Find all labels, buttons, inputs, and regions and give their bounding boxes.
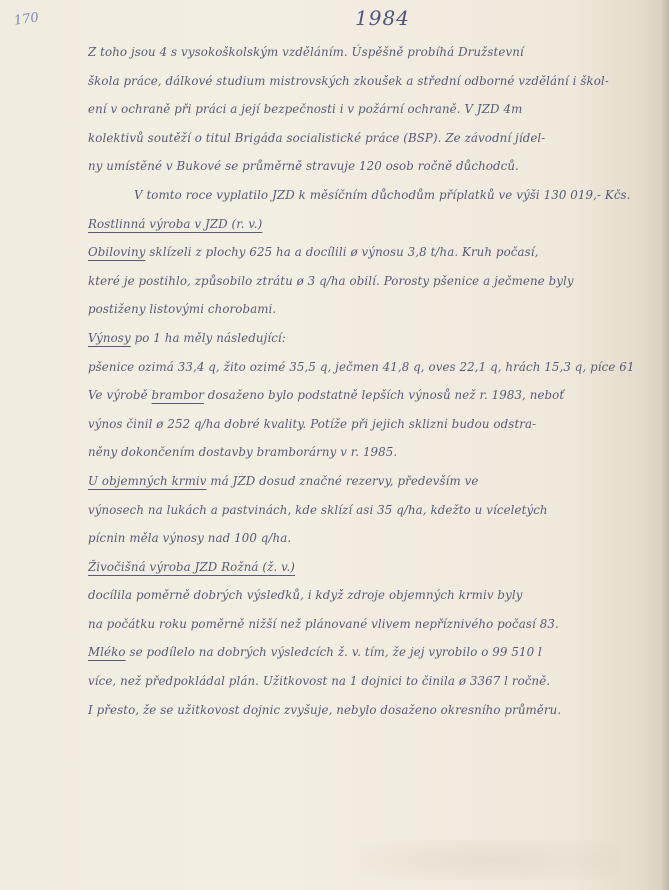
text-line: které je postihlo, způsobilo ztrátu ø 3 … <box>88 267 656 296</box>
text-line: docílila poměrně dobrých výsledků, i kdy… <box>88 581 656 610</box>
text-line: výnosech na lukách a pastvinách, kde skl… <box>88 496 656 525</box>
underlined-term: Výnosy <box>88 331 131 345</box>
line-text: více, než předpokládal plán. Užitkovost … <box>88 674 550 688</box>
line-text: výnosech na lukách a pastvinách, kde skl… <box>88 503 548 517</box>
line-text: má JZD dosud značné rezervy, především v… <box>207 474 479 488</box>
underlined-term: Obiloviny <box>88 245 145 259</box>
line-text: sklízeli z plochy 625 ha a docílili ø vý… <box>145 245 538 259</box>
text-line: něny dokončením dostavby bramborárny v r… <box>88 438 656 467</box>
text-line: I přesto, že se užitkovost dojnic zvyšuj… <box>88 696 656 725</box>
underlined-term: Mléko <box>88 645 126 659</box>
text-line: výnos činil ø 252 q/ha dobré kvality. Po… <box>88 410 656 439</box>
section-heading-text: Živočišná výroba JZD Rožná (ž. v.) <box>88 560 295 574</box>
text-line: kolektivů soutěží o titul Brigáda social… <box>88 124 656 153</box>
underlined-term: brambor <box>152 388 204 402</box>
line-text: I přesto, že se užitkovost dojnic zvyšuj… <box>88 703 561 717</box>
text-line: pšenice ozimá 33,4 q, žito ozimé 35,5 q,… <box>88 353 656 382</box>
underlined-term: U objemných krmiv <box>88 474 207 488</box>
line-text: postiženy listovými chorobami. <box>88 302 276 316</box>
text-line: Z toho jsou 4 s vysokoškolským vzděláním… <box>88 38 656 67</box>
text-line: pícnin měla výnosy nad 100 q/ha. <box>88 524 656 553</box>
document-page: 170 1984 Z toho jsou 4 s vysokoškolským … <box>0 0 669 890</box>
text-line: škola práce, dálkové studium mistrovskýc… <box>88 67 656 96</box>
paper-stain <box>360 840 620 880</box>
text-line: na počátku roku poměrně nižší než plánov… <box>88 610 656 639</box>
text-line: U objemných krmiv má JZD dosud značné re… <box>88 467 656 496</box>
section-heading-animal: Živočišná výroba JZD Rožná (ž. v.) <box>88 553 656 582</box>
text-line: Obiloviny sklízeli z plochy 625 ha a doc… <box>88 238 656 267</box>
text-line: Mléko se podílelo na dobrých výsledcích … <box>88 638 656 667</box>
section-heading-crop: Rostlinná výroba v JZD (r. v.) <box>88 210 656 239</box>
page-number: 170 <box>13 10 40 28</box>
text-line: ny umístěné v Bukové se průměrně stravuj… <box>88 152 656 181</box>
line-text: Ve výrobě <box>88 388 152 402</box>
text-line: Ve výrobě brambor dosaženo bylo podstatn… <box>88 381 656 410</box>
page-year-heading: 1984 <box>355 6 410 30</box>
line-text: po 1 ha měly následující: <box>131 331 286 345</box>
text-line: více, než předpokládal plán. Užitkovost … <box>88 667 656 696</box>
line-text: které je postihlo, způsobilo ztrátu ø 3 … <box>88 274 574 288</box>
line-text: dosaženo bylo podstatně lepších výnosů n… <box>204 388 564 402</box>
text-line: ení v ochraně při práci a její bezpečnos… <box>88 95 656 124</box>
line-text: docílila poměrně dobrých výsledků, i kdy… <box>88 588 523 602</box>
section-heading-text: Rostlinná výroba v JZD (r. v.) <box>88 217 262 231</box>
text-line: V tomto roce vyplatilo JZD k měsíčním dů… <box>88 181 656 210</box>
line-text: na počátku roku poměrně nižší než plánov… <box>88 617 559 631</box>
line-text: pšenice ozimá 33,4 q, žito ozimé 35,5 q,… <box>88 360 635 374</box>
line-text: něny dokončením dostavby bramborárny v r… <box>88 445 397 459</box>
line-text: výnos činil ø 252 q/ha dobré kvality. Po… <box>88 417 536 431</box>
handwritten-body: Z toho jsou 4 s vysokoškolským vzděláním… <box>88 38 656 724</box>
line-text: pícnin měla výnosy nad 100 q/ha. <box>88 531 291 545</box>
text-line: postiženy listovými chorobami. <box>88 295 656 324</box>
text-line: Výnosy po 1 ha měly následující: <box>88 324 656 353</box>
line-text: se podílelo na dobrých výsledcích ž. v. … <box>126 645 542 659</box>
